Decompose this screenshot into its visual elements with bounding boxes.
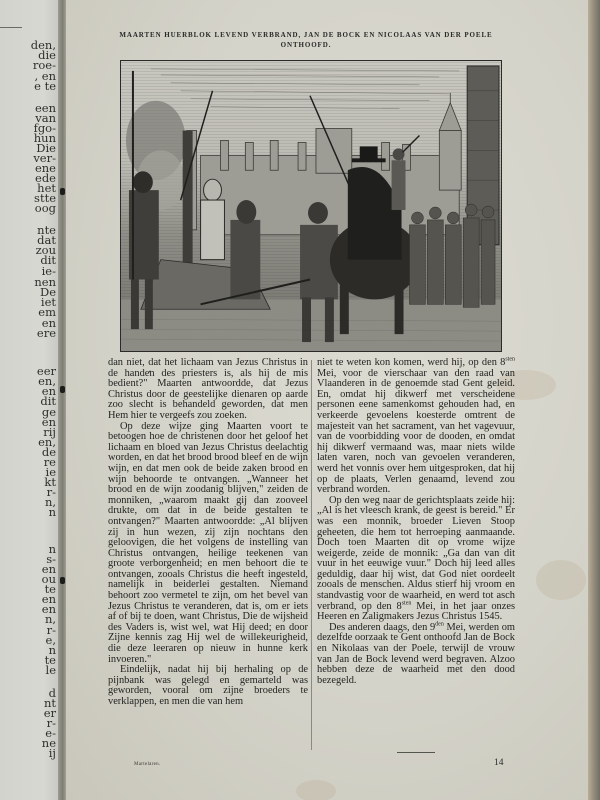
left-page-fragment: n: [49, 507, 56, 517]
binding-thread-mark: [60, 188, 65, 195]
execution-scene-engraving: [121, 61, 501, 351]
binding-thread-mark: [60, 386, 65, 393]
paragraph: Eindelijk, nadat hij bij herhaling op de…: [108, 665, 308, 707]
paragraph: Op deze wijze ging Maarten voort te beto…: [108, 422, 308, 666]
illustration-caption: Maarten Huerblok levend verbrand, Jan de…: [102, 30, 510, 50]
caption-line-1: Maarten Huerblok levend verbrand, Jan de…: [102, 30, 510, 40]
left-page-fragment: e te: [34, 81, 56, 91]
left-page-rule: [0, 27, 22, 28]
left-page-fragment: oog: [35, 203, 56, 213]
page-stack-edge: [588, 0, 600, 800]
text-column-left: dan niet, dat het lichaam van Jezus Chri…: [108, 358, 308, 708]
caption-line-2: onthoofd.: [102, 40, 510, 50]
ordinal-suffix: sten: [505, 357, 515, 363]
ordinal-suffix: den: [435, 621, 444, 627]
left-page-fragment: ere: [37, 328, 56, 338]
text-run: Des anderen daags, den 9: [329, 622, 435, 633]
column-divider: [311, 360, 312, 750]
text-run: niet te weten kon komen, werd hij, op de…: [317, 357, 505, 368]
paragraph: niet te weten kon komen, werd hij, op de…: [317, 358, 515, 496]
text-run: Mei, voor de vierschaar van den raad van…: [317, 368, 515, 496]
paper-stain: [536, 560, 586, 600]
left-page-fragment: le: [46, 665, 56, 675]
engraving-illustration: [120, 60, 502, 352]
paragraph: dan niet, dat het lichaam van Jezus Chri…: [108, 358, 308, 422]
binding-thread-mark: [60, 577, 65, 584]
paragraph: Des anderen daags, den 9den Mei, werden …: [317, 623, 515, 687]
ordinal-suffix: sten: [402, 600, 412, 606]
previous-page-edge: den,dieroe-, ene teeenvanfgo-hunDiever-e…: [0, 0, 62, 800]
text-run: Op den weg naar de gerichtsplaats zeide …: [317, 495, 515, 612]
book-spread: den,dieroe-, ene teeenvanfgo-hunDiever-e…: [0, 0, 600, 800]
paragraph: Op den weg naar de gerichtsplaats zeide …: [317, 496, 515, 623]
section-end-rule: [397, 752, 435, 753]
left-page-fragment: ij: [49, 748, 56, 758]
paper-stain: [296, 780, 336, 800]
text-column-right: niet te weten kon komen, werd hij, op de…: [317, 358, 515, 686]
page-number: 14: [494, 758, 504, 768]
signature-mark: Martelaren.: [134, 762, 160, 767]
